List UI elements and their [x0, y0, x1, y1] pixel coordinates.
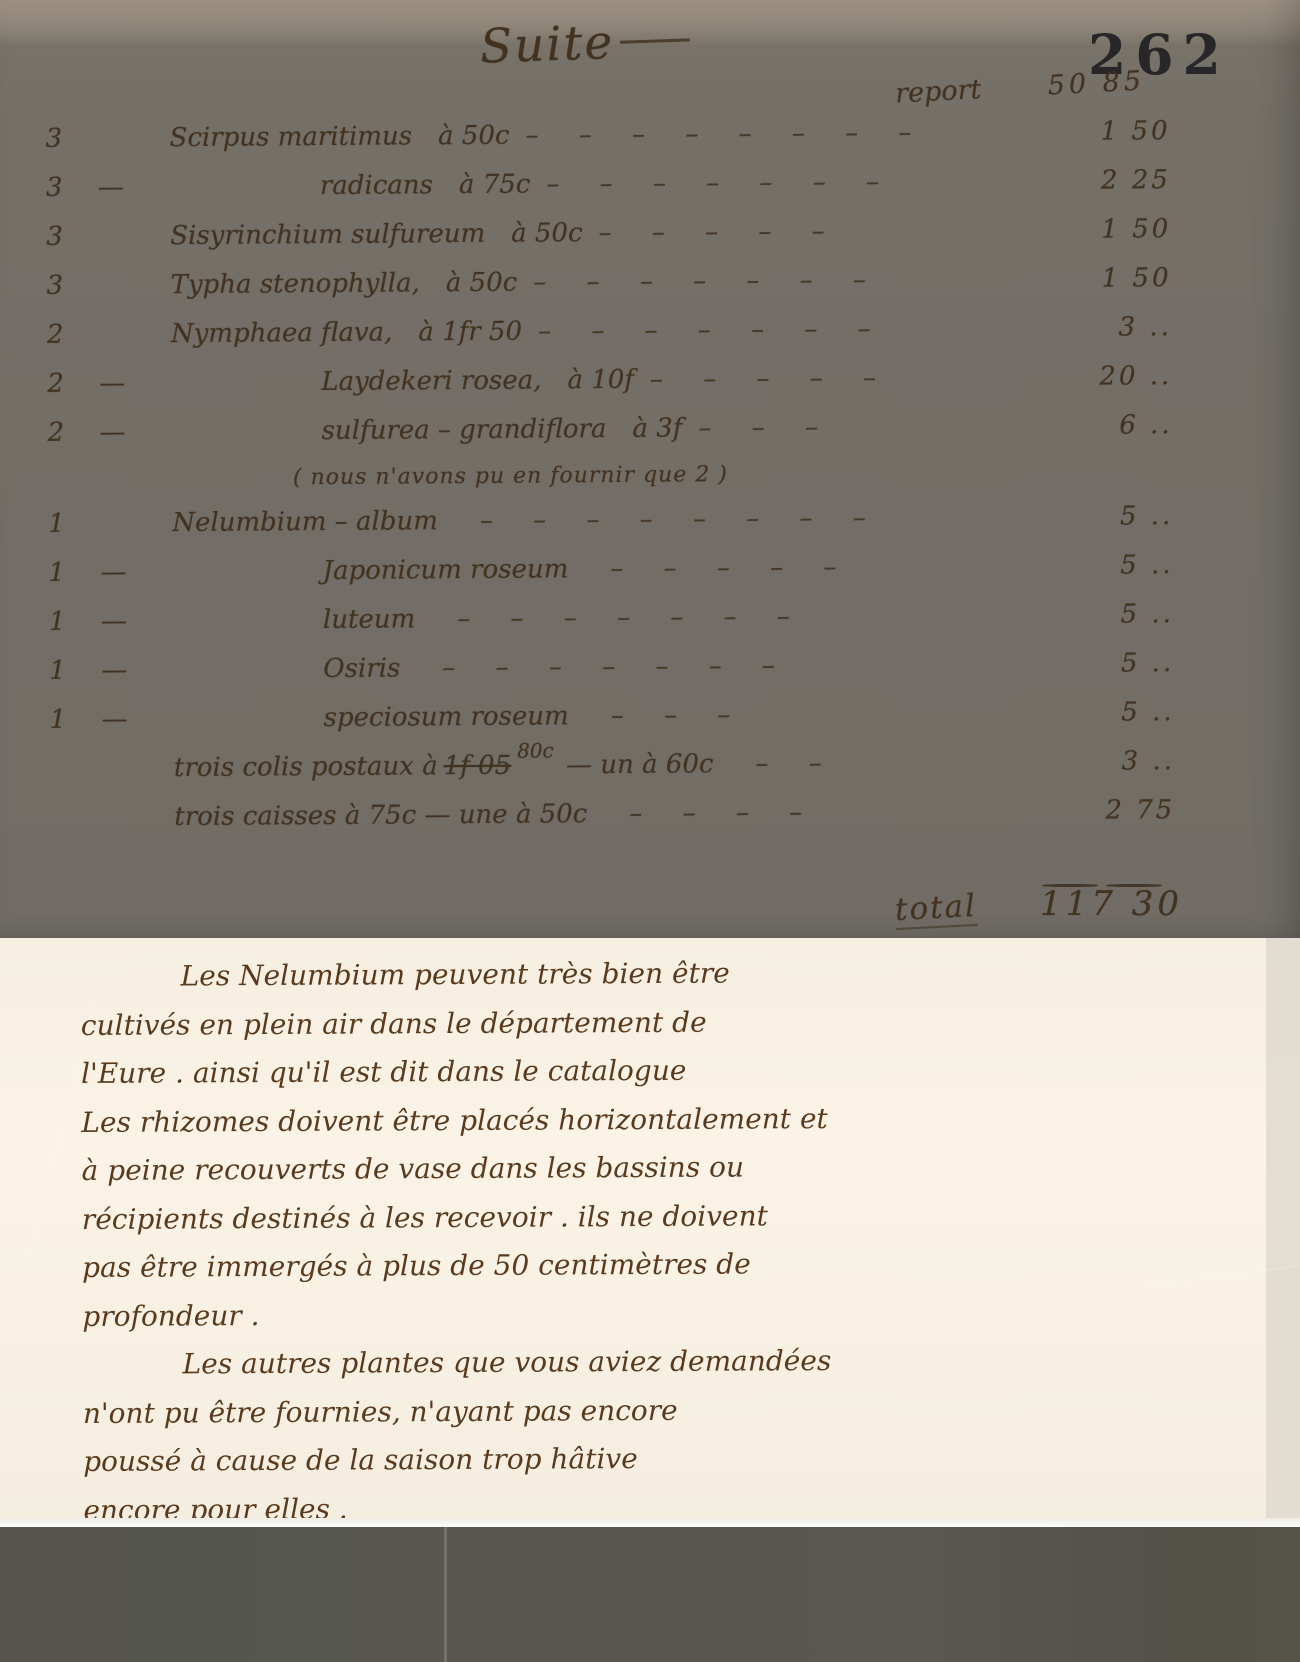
dash-leader: – – – – – – – — [530, 166, 1059, 200]
dash-leader: – – – – – – – — [441, 600, 1062, 634]
letter-line: Les autres plantes que vous aviez demand… — [83, 1335, 1213, 1389]
row-amount: 5 .. — [1061, 501, 1173, 532]
row-amount: 2 75 — [1063, 795, 1175, 826]
dash-leader: – – – – — [613, 796, 1063, 829]
ditto-mark: — — [101, 655, 173, 686]
ditto-mark — [98, 146, 170, 147]
invoice-row: 3Sisyrinchium sulfureumà 50c– – – – –1 5… — [46, 214, 1171, 271]
report-amount: 50 85 — [1047, 65, 1146, 101]
unit-price: à 50c — [446, 268, 518, 298]
report-label: report — [894, 74, 982, 109]
letter-line: récipients destinés à les recevoir . ils… — [82, 1190, 1212, 1244]
dash-leader: – – – — [682, 411, 1060, 444]
scanned-document: Suite 262 report 50 85 3Scirpus maritimu… — [0, 0, 1300, 1662]
plant-name: Sisyrinchium sulfureum — [170, 219, 485, 251]
letter-line: à peine recouverts de vase dans les bass… — [81, 1141, 1211, 1195]
ditto-mark — [99, 293, 171, 294]
plant-name: radicans — [320, 170, 433, 201]
invoice-row: 2—sulfurea – grandifloraà 3f– – –6 .. — [48, 410, 1173, 467]
invoice-row: 2Nymphaea flava,à 1fr 50– – – – – – –3 .… — [47, 312, 1172, 369]
invoice-row: trois caisses à 75c — une à 50c– – – –2 … — [50, 795, 1175, 852]
row-quantity: 3 — [45, 124, 97, 154]
row-quantity: 1 — [49, 656, 101, 686]
dash-leader: – – – – – – – — [517, 264, 1060, 298]
ditto-mark: — — [98, 172, 170, 203]
ditto-mark: — — [102, 704, 174, 735]
dash-leader: – – – – – – – — [426, 649, 1062, 683]
invoice-row: 1—speciosum roseum– – –5 .. — [50, 697, 1175, 754]
plant-name: Nelumbium – album — [172, 506, 438, 538]
struck-price: 1f 05 — [444, 751, 512, 781]
ditto-mark — [100, 531, 172, 532]
row-amount: 5 .. — [1062, 599, 1174, 630]
ditto-mark — [99, 342, 171, 343]
invoice-row: 1—luteum– – – – – – –5 .. — [49, 599, 1174, 656]
row-quantity: 2 — [47, 320, 99, 350]
plant-name: Osiris — [323, 653, 400, 684]
paper-right-edge — [1266, 938, 1300, 1527]
paper-bottom-edge — [0, 1518, 1300, 1527]
row-quantity: 1 — [50, 705, 102, 735]
letter-line: cultivés en plein air dans le départemen… — [81, 996, 1211, 1050]
dash-leader: – – – – – – – — [522, 313, 1060, 347]
dash-leader: – – – – – — [634, 362, 1060, 395]
unit-price: à 50c — [438, 121, 510, 151]
ditto-mark — [102, 825, 174, 826]
unit-price: à 50c — [511, 218, 583, 248]
unit-price: à 10f — [567, 365, 634, 395]
row-quantity: 2 — [47, 369, 99, 399]
price-correction: 80c — [517, 738, 554, 762]
dash-leader: – – — [739, 747, 1063, 779]
letter-line: poussé à cause de la saison trop hâtive — [83, 1432, 1213, 1486]
letter-text: Les Nelumbium peuvent très bien êtrecult… — [80, 947, 1213, 1535]
letter-line: pas être immergés à plus de 50 centimètr… — [82, 1238, 1212, 1292]
invoice-row: 1—Osiris– – – – – – –5 .. — [49, 648, 1174, 705]
row-amount: 5 .. — [1063, 697, 1175, 728]
ditto-mark — [102, 776, 174, 777]
ditto-mark: — — [101, 557, 173, 588]
scanner-background — [0, 1527, 1300, 1662]
plant-name: Typha stenophylla, — [170, 268, 419, 300]
row-quantity: 3 — [46, 271, 98, 301]
invoice-row: 3Scirpus maritimusà 50c– – – – – – – –1 … — [45, 116, 1170, 173]
row-quantity: 1 — [49, 607, 101, 637]
report-line: report 50 85 — [894, 65, 1145, 109]
invoice-sheet: Suite 262 report 50 85 3Scirpus maritimu… — [0, 0, 1300, 938]
ditto-mark: — — [101, 606, 173, 637]
dash-leader: – – – – – – – – — [509, 117, 1058, 151]
ditto-mark: — — [100, 417, 172, 448]
row-quantity: 3 — [46, 222, 98, 252]
plant-name: trois caisses à 75c — une à 50c — [174, 799, 587, 832]
row-amount: 1 50 — [1059, 214, 1171, 245]
invoice-row: trois colis postaux à1f 0580c — un à 60c… — [50, 746, 1175, 803]
row-amount: 2 25 — [1059, 165, 1171, 196]
invoice-row: 3—radicansà 75c– – – – – – –2 25 — [46, 165, 1171, 222]
invoice-row: 3Typha stenophylla,à 50c– – – – – – –1 5… — [46, 263, 1171, 320]
plant-name: Scirpus maritimus — [169, 121, 412, 153]
letter-line: profondeur . — [82, 1287, 1212, 1341]
page-edge-line — [444, 1527, 447, 1662]
invoice-row: 1—Japonicum roseum– – – – –5 .. — [49, 550, 1174, 607]
plant-name: Laydekeri rosea, — [321, 365, 541, 397]
ditto-mark: — — [99, 368, 171, 399]
dash-leader: – – – – – — [594, 551, 1061, 584]
letter-line: l'Eure . ainsi qu'il est dit dans le cat… — [81, 1044, 1211, 1098]
row-amount: 6 .. — [1061, 410, 1173, 441]
row-amount: 20 .. — [1060, 361, 1172, 392]
total-amount: 117 30 — [1040, 884, 1183, 924]
plant-name: speciosum roseum — [324, 701, 569, 733]
dash-leader: – – – – – – – – — [464, 502, 1062, 536]
plant-name: luteum — [323, 604, 416, 635]
unit-price: à 1fr 50 — [418, 317, 522, 348]
row-quantity: 3 — [46, 173, 98, 203]
row-amount: 1 50 — [1059, 263, 1171, 294]
page-title: Suite — [454, 11, 716, 75]
unit-price: à 75c — [459, 170, 531, 200]
row-quantity: 1 — [49, 558, 101, 588]
availability-note: ( nous n'avons pu en fournir que 2 ) — [293, 459, 1173, 507]
row-amount: 5 .. — [1061, 550, 1173, 581]
row-amount: 3 .. — [1063, 746, 1175, 777]
row-amount: 1 50 — [1058, 116, 1170, 147]
invoice-row: 2—Laydekeri rosea,à 10f– – – – –20 .. — [47, 361, 1172, 418]
dash-leader: – – – — [595, 698, 1063, 731]
row-quantity: 1 — [48, 509, 100, 539]
letter-line: n'ont pu être fournies, n'ayant pas enco… — [83, 1384, 1213, 1438]
unit-price: à 3f — [632, 413, 682, 443]
row-quantity: 2 — [48, 418, 100, 448]
total-label: total — [894, 888, 978, 930]
ditto-mark — [98, 244, 170, 245]
dash-leader: – – – – – — [582, 215, 1059, 248]
letter-line: Les rhizomes doivent être placés horizon… — [81, 1093, 1211, 1147]
invoice-row: 1Nelumbium – album– – – – – – – –5 .. — [48, 501, 1173, 558]
letter-line: Les Nelumbium peuvent très bien être — [80, 947, 1210, 1001]
plant-name: Nymphaea flava, — [171, 318, 393, 350]
row-amount: 5 .. — [1062, 648, 1174, 679]
plant-name: Japonicum roseum — [322, 554, 568, 586]
row-amount: 3 .. — [1060, 312, 1172, 343]
invoice-rows: 3Scirpus maritimusà 50c– – – – – – – –1 … — [45, 116, 1175, 852]
plant-name: trois colis postaux à1f 0580c — un à 60c — [174, 749, 714, 783]
plant-name: sulfurea – grandiflora — [322, 414, 607, 446]
